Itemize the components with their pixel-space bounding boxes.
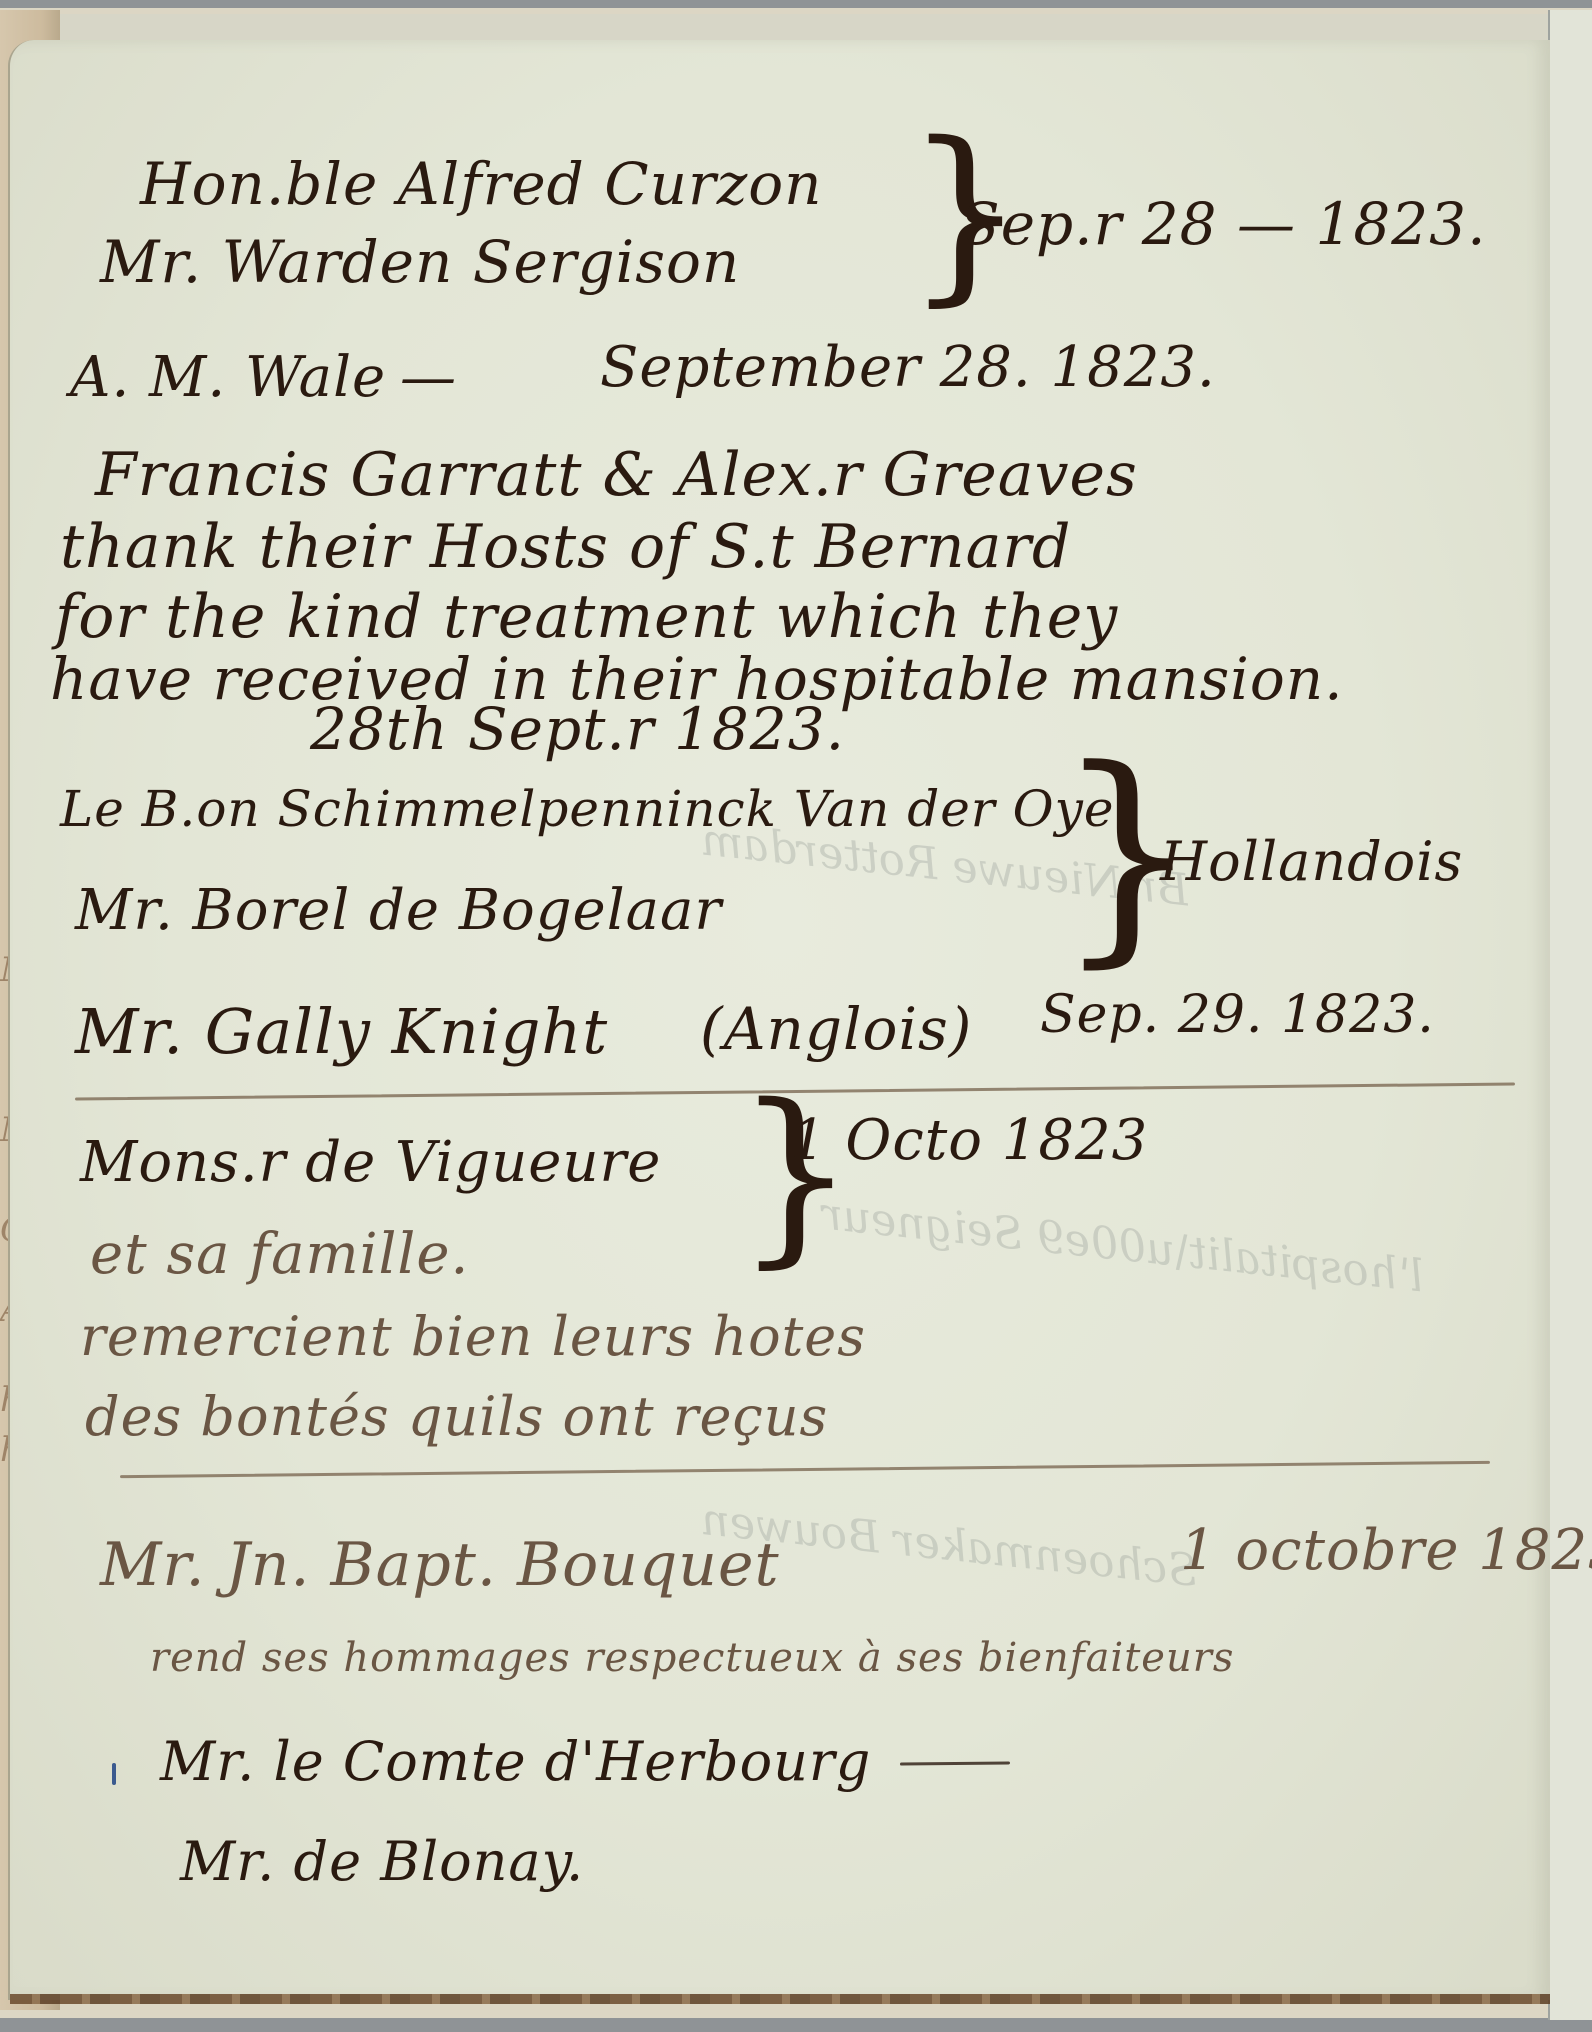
entry-line: remercient bien leurs hotes [80, 1305, 866, 1368]
entry-line: des bontés quils ont reçus [85, 1385, 828, 1448]
entry-line: et sa famille. [90, 1222, 469, 1287]
entry-line: Mr. le Comte d'Herbourg [160, 1730, 871, 1793]
entry-line: for the kind treatment which they [55, 582, 1118, 652]
entry-line: Francis Garratt & Alex.r Greaves [95, 440, 1138, 510]
entry-date: 1 Octo 1823 [790, 1108, 1148, 1173]
entry-line: Mr. de Blonay. [180, 1830, 584, 1893]
entry-date: September 28. 1823. [600, 335, 1216, 400]
entry-note: (Anglois) [700, 995, 972, 1063]
entry-line: thank their Hosts of S.t Bernard [60, 512, 1071, 582]
entry-line: Hon.ble Alfred Curzon [140, 150, 823, 218]
right-page-edge [1548, 10, 1592, 2020]
entry-line: Mr. Borel de Bogelaar [75, 878, 722, 943]
entry-line: Mr. Warden Sergison [100, 228, 740, 296]
ink-mark [112, 1763, 116, 1785]
entry-dash: — [400, 345, 457, 410]
entry-line: Mons.r de Vigueure [80, 1130, 661, 1195]
entry-name: Mr. Jn. Bapt. Bouquet [100, 1530, 780, 1600]
entry-note: Hollandois [1160, 830, 1463, 893]
entry-name: Mr. Gally Knight [75, 995, 608, 1068]
entry-date: 1 octobre 1823 [1180, 1518, 1592, 1583]
entry-date: Sep.r 28 — 1823. [960, 190, 1487, 258]
entry-line: Le B.on Schimmelpenninck Van der Oye. [60, 780, 1131, 838]
entry-name: A. M. Wale [70, 345, 386, 410]
entry-date: 28th Sept.r 1823. [310, 695, 845, 763]
entry-line: rend ses hommages respectueux à ses bien… [150, 1635, 1234, 1681]
entry-date: Sep. 29. 1823. [1040, 985, 1435, 1045]
